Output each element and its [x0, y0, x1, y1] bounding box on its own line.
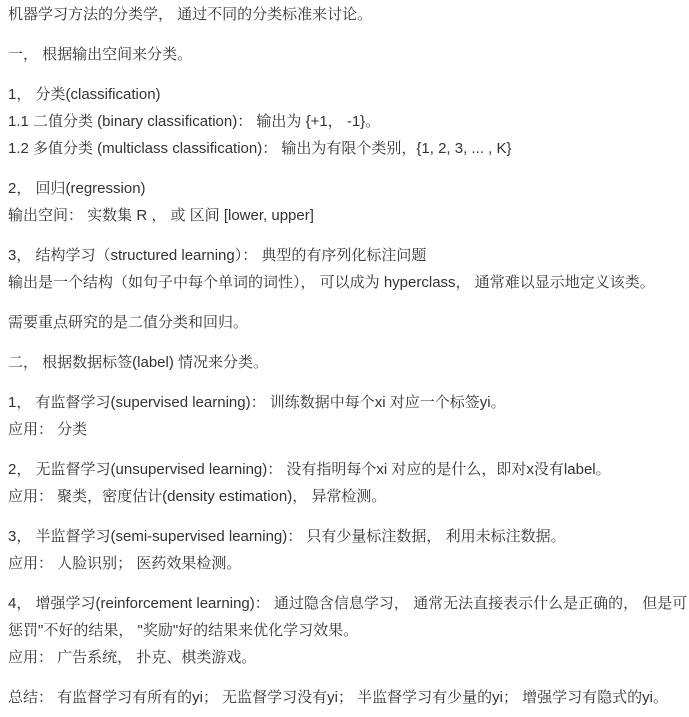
text-line: 应用： 分类 [8, 416, 681, 443]
text-line: 4， 增强学习(reinforcement learning)： 通过隐含信息学… [8, 590, 681, 617]
text-line: 3， 结构学习（structured learning）： 典型的有序列化标注问… [8, 242, 681, 269]
heading-section-1-output-space: 一， 根据输出空间来分类。 [8, 41, 681, 68]
text-line: 惩罚"不好的结果， "奖励"好的结果来优化学习效果。 [8, 617, 681, 644]
text-line: 2， 无监督学习(unsupervised learning)： 没有指明每个x… [8, 456, 681, 483]
text-line: 输出是一个结构（如句子中每个单词的词性）， 可以成为 hyperclass， 通… [8, 269, 681, 296]
text-line: 机器学习方法的分类学， 通过不同的分类标准来讨论。 [8, 1, 681, 28]
text-line: 一， 根据输出空间来分类。 [8, 41, 681, 68]
text-line: 应用： 人脸识别； 医药效果检测。 [8, 550, 681, 577]
text-line: 总结： 有监督学习有所有的yi； 无监督学习没有yi； 半监督学习有少量的yi；… [8, 684, 681, 711]
text-line: 输出空间： 实数集 R ， 或 区间 [lower, upper] [8, 202, 681, 229]
para-regression: 2， 回归(regression) 输出空间： 实数集 R ， 或 区间 [lo… [8, 175, 681, 229]
para-unsupervised-learning: 2， 无监督学习(unsupervised learning)： 没有指明每个x… [8, 456, 681, 510]
text-line: 1， 有监督学习(supervised learning)： 训练数据中每个xi… [8, 389, 681, 416]
paragraph-intro: 机器学习方法的分类学， 通过不同的分类标准来讨论。 [8, 1, 681, 28]
text-line: 2， 回归(regression) [8, 175, 681, 202]
text-line: 1.2 多值分类 (multiclass classification)： 输出… [8, 135, 681, 162]
text-line: 二， 根据数据标签(label) 情况来分类。 [8, 349, 681, 376]
para-structured-learning: 3， 结构学习（structured learning）： 典型的有序列化标注问… [8, 242, 681, 296]
text-line: 3， 半监督学习(semi-supervised learning)： 只有少量… [8, 523, 681, 550]
para-supervised-learning: 1， 有监督学习(supervised learning)： 训练数据中每个xi… [8, 389, 681, 443]
document-body: 机器学习方法的分类学， 通过不同的分类标准来讨论。 一， 根据输出空间来分类。 … [0, 0, 689, 711]
text-line: 应用： 聚类，密度估计(density estimation)， 异常检测。 [8, 483, 681, 510]
heading-section-2-data-label: 二， 根据数据标签(label) 情况来分类。 [8, 349, 681, 376]
text-line: 需要重点研究的是二值分类和回归。 [8, 309, 681, 336]
text-line: 1.1 二值分类 (binary classification)： 输出为 {+… [8, 108, 681, 135]
para-focus-note: 需要重点研究的是二值分类和回归。 [8, 309, 681, 336]
para-semi-supervised-learning: 3， 半监督学习(semi-supervised learning)： 只有少量… [8, 523, 681, 577]
text-line: 1， 分类(classification) [8, 81, 681, 108]
para-summary: 总结： 有监督学习有所有的yi； 无监督学习没有yi； 半监督学习有少量的yi；… [8, 684, 681, 711]
para-reinforcement-learning: 4， 增强学习(reinforcement learning)： 通过隐含信息学… [8, 590, 681, 671]
text-line: 应用： 广告系统， 扑克、棋类游戏。 [8, 644, 681, 671]
para-classification: 1， 分类(classification) 1.1 二值分类 (binary c… [8, 81, 681, 162]
